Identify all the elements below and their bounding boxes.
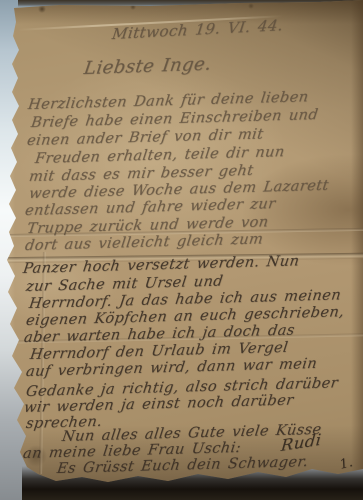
letter-signature: Rudi bbox=[280, 432, 322, 454]
letter-body-line: Panzer hoch versetzt werden. Nun bbox=[22, 254, 300, 276]
photo-of-handwritten-letter: Mittwoch 19. VI. 44. Liebste Inge. Herzl… bbox=[0, 0, 363, 500]
letter-date-line: Mittwoch 19. VI. 44. bbox=[111, 18, 284, 42]
letter-paper: Mittwoch 19. VI. 44. Liebste Inge. Herzl… bbox=[0, 0, 363, 500]
letter-salutation: Liebste Inge. bbox=[83, 56, 213, 78]
page-number-mark: 1. bbox=[338, 456, 354, 472]
